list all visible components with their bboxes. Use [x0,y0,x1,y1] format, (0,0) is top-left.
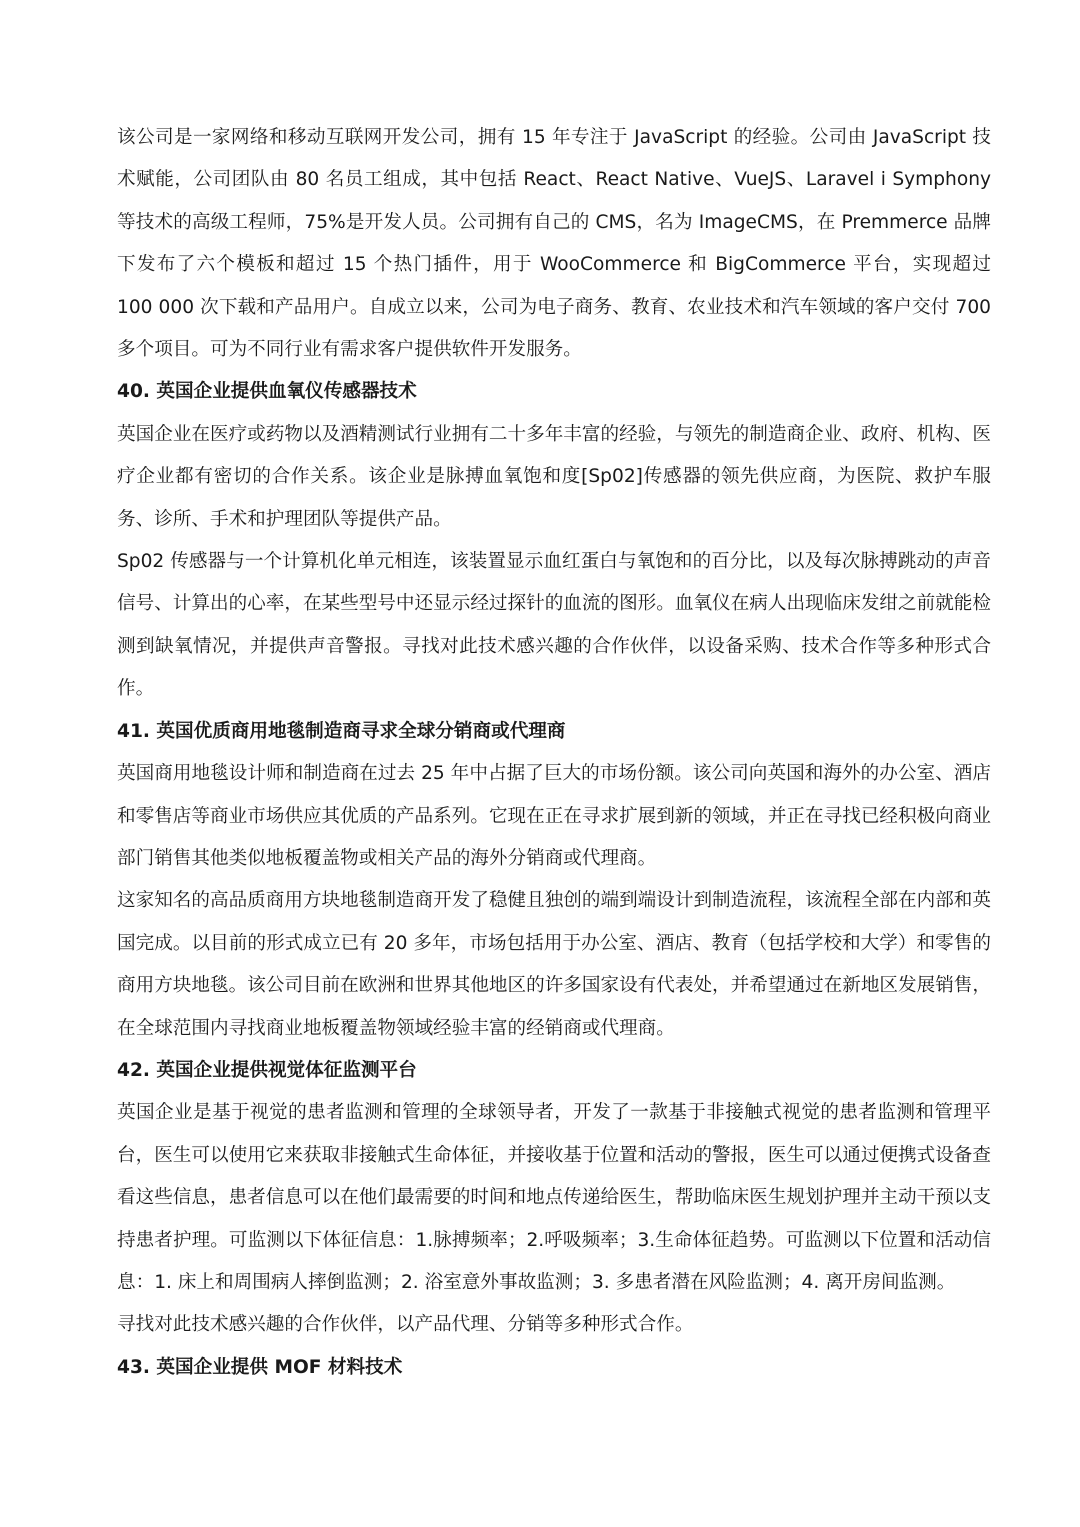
paragraph-oximeter-detail: Sp02 传感器与一个计算机化单元相连，该装置显示血红蛋白与氧饱和的百分比，以及… [117,541,991,711]
paragraph-company-intro: 该公司是一家网络和移动互联网开发公司，拥有 15 年专注于 JavaScript… [117,117,991,371]
section-heading-41: 41. 英国优质商用地毯制造商寻求全球分销商或代理商 [117,711,991,753]
section-heading-42: 42. 英国企业提供视觉体征监测平台 [117,1050,991,1092]
section-heading-43: 43. 英国企业提供 MOF 材料技术 [117,1347,991,1389]
paragraph-vision-monitoring: 英国企业是基于视觉的患者监测和管理的全球领导者，开发了一款基于非接触式视觉的患者… [117,1092,991,1304]
paragraph-vision-partnership: 寻找对此技术感兴趣的合作伙伴，以产品代理、分销等多种形式合作。 [117,1304,991,1346]
paragraph-carpet-detail: 这家知名的高品质商用方块地毯制造商开发了稳健且独创的端到端设计到制造流程，该流程… [117,880,991,1050]
section-heading-40: 40. 英国企业提供血氧仪传感器技术 [117,371,991,413]
paragraph-oximeter-intro: 英国企业在医疗或药物以及酒精测试行业拥有二十多年丰富的经验，与领先的制造商企业、… [117,414,991,541]
paragraph-carpet-intro: 英国商用地毯设计师和制造商在过去 25 年中占据了巨大的市场份额。该公司向英国和… [117,753,991,880]
document-page: 该公司是一家网络和移动互联网开发公司，拥有 15 年专注于 JavaScript… [117,117,991,1389]
